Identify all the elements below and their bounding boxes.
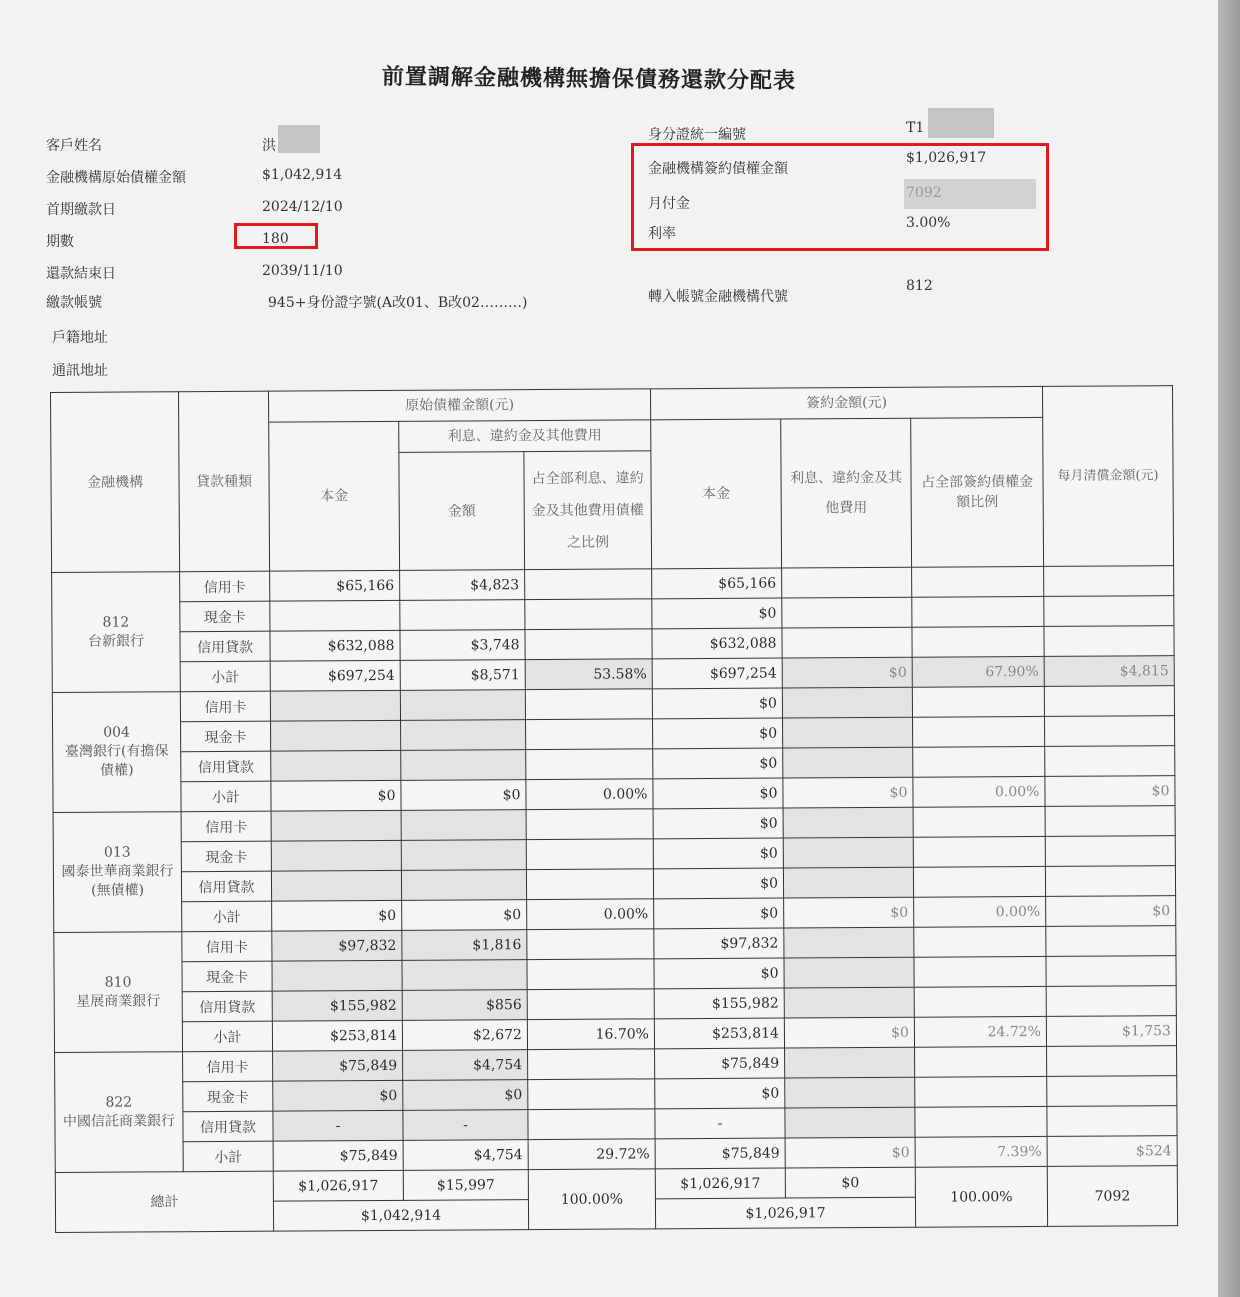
loan-type-cell: 現金卡: [180, 601, 270, 632]
bank-name: 中國信託商業銀行: [60, 1112, 177, 1132]
signed-principal-cell: $65,166: [652, 568, 782, 599]
signed-interest-cell: [783, 867, 913, 898]
signed-ratio-cell: [914, 956, 1046, 987]
signed-principal-cell: $0: [654, 898, 784, 929]
signed-ratio-cell: [913, 716, 1045, 747]
document-title: 前置調解金融機構無擔保債務還款分配表: [382, 60, 822, 96]
loan-type-cell: 信用卡: [182, 931, 272, 962]
signed-principal-cell: $0: [654, 958, 784, 989]
original-principal-cell: $155,982: [272, 990, 402, 1021]
info-label: 還款結束日: [46, 263, 116, 283]
repayment-allocation-table: 金融機構 貸款種類 原始債權金額(元) 簽約金額(元) 每月清償金額(元) 本金…: [50, 385, 1178, 1233]
header-signed-amounts: 簽約金額(元): [650, 386, 1042, 419]
monthly-payment-cell: [1046, 926, 1176, 957]
loan-type-cell: 小計: [183, 1141, 273, 1172]
monthly-payment-cell: $1,753: [1046, 1016, 1176, 1047]
original-interest-cell: $0: [401, 780, 526, 811]
original-principal-cell: $632,088: [270, 630, 400, 661]
signed-ratio-cell: [914, 986, 1046, 1017]
original-principal-cell: [271, 870, 401, 901]
interest-ratio-cell: [528, 1079, 655, 1110]
signed-interest-cell: [784, 987, 914, 1018]
total-row: 總計$1,026,917$15,997100.00%$1,026,917$010…: [55, 1166, 1177, 1203]
interest-ratio-cell: [528, 1109, 655, 1140]
bank-name-cell: 822中國信託商業銀行: [55, 1052, 184, 1173]
highlight-box-installments: [234, 223, 318, 249]
header-signed-interest: 利息、違約金及其他費用: [781, 418, 912, 568]
total-signed-interest: $0: [785, 1167, 915, 1198]
original-principal-cell: [270, 600, 400, 631]
original-interest-cell: [401, 750, 526, 781]
bank-code: 810: [60, 973, 177, 993]
loan-type-cell: 信用貸款: [181, 751, 271, 782]
redaction-block: [928, 108, 994, 138]
interest-ratio-cell: [526, 869, 653, 900]
original-principal-cell: [271, 840, 401, 871]
signed-ratio-cell: [912, 626, 1044, 657]
original-principal-cell: $0: [271, 780, 401, 811]
loan-type-cell: 現金卡: [183, 1081, 273, 1112]
signed-ratio-cell: [913, 746, 1045, 777]
original-interest-cell: [401, 840, 526, 871]
loan-type-cell: 信用貸款: [180, 631, 270, 662]
signed-ratio-cell: [915, 1046, 1047, 1077]
signed-interest-cell: [785, 1047, 915, 1078]
interest-ratio-cell: 0.00%: [527, 899, 654, 930]
loan-type-cell: 信用貸款: [183, 1111, 273, 1142]
loan-type-cell: 信用卡: [181, 811, 271, 842]
info-value: 2039/11/10: [262, 263, 343, 279]
original-principal-cell: $253,814: [272, 1020, 402, 1051]
interest-ratio-cell: 53.58%: [525, 659, 652, 690]
signed-principal-cell: $697,254: [652, 658, 782, 689]
original-principal-cell: [271, 810, 401, 841]
signed-ratio-cell: [913, 806, 1045, 837]
info-label: 轉入帳號金融機構代號: [648, 286, 788, 306]
bank-name: 星展商業銀行: [60, 992, 177, 1012]
original-interest-cell: $1,816: [402, 930, 527, 961]
signed-ratio-cell: 7.39%: [915, 1136, 1047, 1167]
loan-type-cell: 小計: [182, 1021, 272, 1052]
bank-name-cell: 812台新銀行: [52, 572, 181, 693]
original-principal-cell: $75,849: [273, 1140, 403, 1171]
monthly-payment-cell: $524: [1047, 1136, 1177, 1167]
total-signed-ratio: 100.00%: [915, 1166, 1047, 1227]
total-label: 總計: [55, 1171, 273, 1232]
loan-type-cell: 現金卡: [181, 721, 271, 752]
original-interest-cell: $0: [403, 1080, 528, 1111]
header-interest-ratio: 占全部利息、違約金及其他費用債權之比例: [524, 451, 652, 570]
signed-interest-cell: [783, 747, 913, 778]
original-principal-cell: $0: [272, 900, 402, 931]
loan-type-cell: 小計: [180, 661, 270, 692]
signed-principal-cell: $75,849: [655, 1048, 785, 1079]
signed-interest-cell: $0: [783, 777, 913, 808]
original-interest-cell: $856: [402, 990, 527, 1021]
signed-principal-cell: $0: [653, 868, 783, 899]
info-value: 812: [906, 278, 933, 294]
bank-name-cell: 013國泰世華商業銀行(無債權): [53, 812, 182, 933]
bank-code: 812: [57, 613, 174, 633]
signed-interest-cell: [784, 957, 914, 988]
signed-interest-cell: [782, 567, 912, 598]
info-label: 戶籍地址: [52, 327, 108, 347]
interest-ratio-cell: 29.72%: [528, 1139, 655, 1170]
info-value: 2024/12/10: [262, 199, 343, 215]
signed-principal-cell: $155,982: [654, 988, 784, 1019]
original-interest-cell: [400, 600, 525, 631]
loan-type-cell: 信用卡: [180, 691, 270, 722]
original-interest-cell: $4,754: [403, 1050, 528, 1081]
signed-principal-cell: $97,832: [654, 928, 784, 959]
total-signed-principal: $1,026,917: [655, 1168, 785, 1199]
signed-principal-cell: $75,849: [655, 1138, 785, 1169]
info-value: 洪: [262, 135, 276, 155]
signed-interest-cell: [782, 597, 912, 628]
signed-principal-cell: $0: [653, 808, 783, 839]
info-value: T1: [906, 120, 924, 136]
info-value: $1,042,914: [262, 167, 342, 183]
loan-type-cell: 信用卡: [180, 571, 270, 602]
monthly-payment-cell: [1045, 746, 1175, 777]
signed-ratio-cell: [913, 866, 1045, 897]
header-principal: 本金: [269, 421, 400, 571]
monthly-payment-cell: [1045, 836, 1175, 867]
interest-ratio-cell: [527, 929, 654, 960]
original-interest-cell: $0: [402, 900, 527, 931]
loan-type-cell: 小計: [181, 781, 271, 812]
original-interest-cell: [401, 870, 526, 901]
signed-interest-cell: [785, 1107, 915, 1138]
signed-ratio-cell: 24.72%: [914, 1016, 1046, 1047]
info-label: 繳款帳號: [46, 292, 102, 312]
signed-ratio-cell: 67.90%: [912, 656, 1044, 687]
loan-type-cell: 現金卡: [182, 961, 272, 992]
monthly-payment-cell: [1045, 716, 1175, 747]
interest-ratio-cell: [526, 719, 653, 750]
original-principal-cell: $97,832: [272, 930, 402, 961]
header-interest-group: 利息、違約金及其他費用: [399, 420, 651, 453]
header-monthly-payment: 每月清償金額(元): [1042, 386, 1173, 567]
signed-interest-cell: $0: [785, 1137, 915, 1168]
original-principal-cell: [270, 690, 400, 721]
interest-ratio-cell: [527, 959, 654, 990]
bank-name: 台新銀行: [57, 632, 174, 652]
info-label: 期數: [46, 231, 74, 251]
monthly-payment-cell: [1044, 626, 1174, 657]
header-institution: 金融機構: [51, 392, 180, 573]
signed-interest-cell: $0: [784, 897, 914, 928]
loan-type-cell: 小計: [182, 901, 272, 932]
interest-ratio-cell: 16.70%: [527, 1019, 654, 1050]
bank-code: 004: [58, 723, 175, 743]
signed-interest-cell: [784, 927, 914, 958]
header-original-claims: 原始債權金額(元): [268, 389, 650, 422]
loan-type-cell: 信用貸款: [181, 871, 271, 902]
signed-interest-cell: $0: [782, 657, 912, 688]
interest-ratio-cell: [527, 989, 654, 1020]
interest-ratio-cell: [526, 749, 653, 780]
interest-ratio-cell: [526, 809, 653, 840]
loan-type-cell: 現金卡: [181, 841, 271, 872]
original-principal-cell: [272, 960, 402, 991]
header-loan-type: 貸款種類: [179, 391, 270, 572]
bank-name-cell: 810星展商業銀行: [54, 932, 183, 1053]
monthly-payment-cell: $0: [1045, 776, 1175, 807]
loan-type-cell: 信用卡: [183, 1051, 273, 1082]
header-signed-ratio: 占全部簽約債權金額比例: [911, 417, 1044, 567]
signed-ratio-cell: 0.00%: [913, 776, 1045, 807]
bank-code: 822: [60, 1093, 177, 1113]
monthly-payment-cell: [1044, 686, 1174, 717]
signed-ratio-cell: [912, 566, 1044, 597]
info-label: 客戶姓名: [46, 135, 102, 155]
monthly-payment-cell: [1044, 566, 1174, 597]
bank-code: 013: [59, 843, 176, 863]
interest-ratio-cell: [525, 569, 652, 600]
signed-principal-cell: $253,814: [654, 1018, 784, 1049]
interest-ratio-cell: [525, 629, 652, 660]
highlight-box-signed-terms: [631, 143, 1049, 251]
monthly-payment-cell: [1044, 596, 1174, 627]
original-principal-cell: [271, 720, 401, 751]
header-signed-principal: 本金: [651, 419, 782, 569]
total-original-sum: $1,042,914: [273, 1200, 528, 1232]
signed-ratio-cell: [912, 596, 1044, 627]
signed-ratio-cell: 0.00%: [914, 896, 1046, 927]
original-interest-cell: [402, 960, 527, 991]
bank-name: 國泰世華商業銀行(無債權): [59, 862, 176, 901]
bank-name: 臺灣銀行(有擔保債權): [58, 742, 175, 781]
total-original-principal: $1,026,917: [273, 1170, 403, 1201]
signed-principal-cell: $0: [653, 748, 783, 779]
total-original-interest: $15,997: [403, 1170, 528, 1201]
signed-interest-cell: [783, 807, 913, 838]
original-principal-cell: $697,254: [270, 660, 400, 691]
info-label: 首期繳款日: [46, 199, 116, 219]
interest-ratio-cell: [528, 1049, 655, 1080]
signed-principal-cell: $0: [653, 838, 783, 869]
signed-ratio-cell: [914, 926, 1046, 957]
monthly-payment-cell: [1045, 806, 1175, 837]
interest-ratio-cell: 0.00%: [526, 779, 653, 810]
signed-principal-cell: -: [655, 1108, 785, 1139]
signed-principal-cell: $0: [652, 688, 782, 719]
signed-interest-cell: [782, 627, 912, 658]
original-interest-cell: -: [403, 1110, 528, 1141]
info-value: 945+身份證字號(A改01、B改02………): [268, 292, 527, 312]
original-interest-cell: [400, 690, 525, 721]
info-label: 通訊地址: [52, 360, 108, 380]
header-interest-amount: 金額: [399, 452, 525, 571]
monthly-payment-cell: [1047, 1076, 1177, 1107]
signed-principal-cell: $0: [652, 598, 782, 629]
monthly-payment-cell: [1047, 1046, 1177, 1077]
original-interest-cell: $3,748: [400, 630, 525, 661]
original-principal-cell: [271, 750, 401, 781]
original-interest-cell: [401, 810, 526, 841]
total-signed-sum: $1,026,917: [655, 1197, 915, 1229]
signed-ratio-cell: [913, 836, 1045, 867]
signed-interest-cell: [785, 1077, 915, 1108]
original-interest-cell: $4,823: [400, 570, 525, 601]
signed-principal-cell: $632,088: [652, 628, 782, 659]
original-principal-cell: $75,849: [273, 1050, 403, 1081]
loan-type-cell: 信用貸款: [182, 991, 272, 1022]
signed-ratio-cell: [915, 1106, 1047, 1137]
total-interest-ratio: 100.00%: [528, 1169, 655, 1230]
monthly-payment-cell: [1046, 956, 1176, 987]
signed-interest-cell: [783, 837, 913, 868]
monthly-payment-cell: [1045, 866, 1175, 897]
interest-ratio-cell: [525, 599, 652, 630]
monthly-payment-cell: [1046, 986, 1176, 1017]
signed-interest-cell: $0: [784, 1017, 914, 1048]
original-interest-cell: [401, 720, 526, 751]
original-interest-cell: $4,754: [403, 1140, 528, 1171]
redaction-block: [278, 125, 320, 153]
original-principal-cell: -: [273, 1110, 403, 1141]
signed-principal-cell: $0: [653, 778, 783, 809]
original-interest-cell: $8,571: [400, 660, 525, 691]
signed-principal-cell: $0: [653, 718, 783, 749]
monthly-payment-cell: $0: [1046, 896, 1176, 927]
info-label: 金融機構原始債權金額: [46, 167, 186, 187]
monthly-payment-cell: [1047, 1106, 1177, 1137]
signed-ratio-cell: [912, 686, 1044, 717]
original-principal-cell: $0: [273, 1080, 403, 1111]
info-label: 身分證統一編號: [648, 124, 746, 144]
original-interest-cell: $2,672: [402, 1020, 527, 1051]
signed-interest-cell: [782, 687, 912, 718]
bank-name-cell: 004臺灣銀行(有擔保債權): [52, 692, 181, 813]
interest-ratio-cell: [525, 689, 652, 720]
original-principal-cell: $65,166: [270, 570, 400, 601]
total-monthly-payment: 7092: [1047, 1166, 1177, 1227]
signed-ratio-cell: [915, 1076, 1047, 1107]
interest-ratio-cell: [526, 839, 653, 870]
signed-principal-cell: $0: [655, 1078, 785, 1109]
monthly-payment-cell: $4,815: [1044, 656, 1174, 687]
paper-edge-shadow: [1218, 0, 1240, 1297]
signed-interest-cell: [783, 717, 913, 748]
